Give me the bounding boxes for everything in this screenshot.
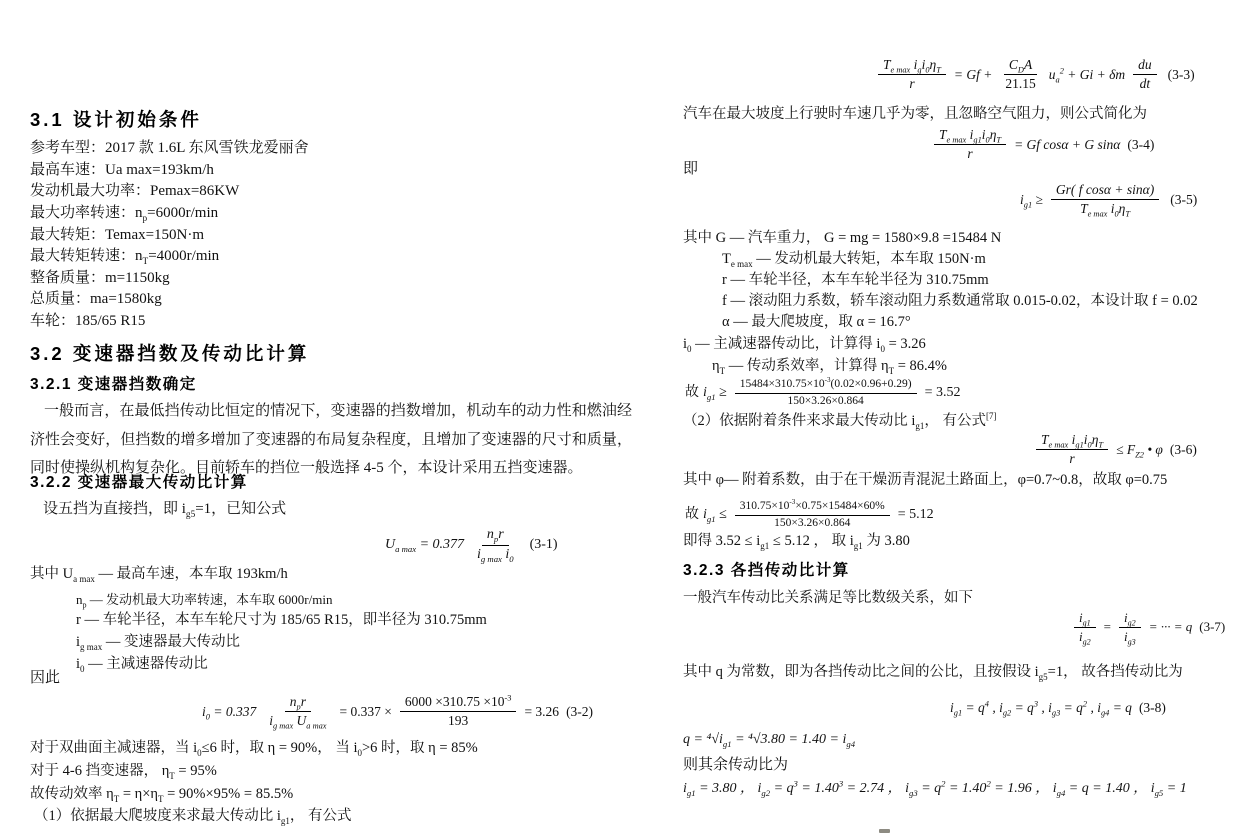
def-eta-right: ηT — 传动系效率，计算得 ηT = 86.4% <box>712 357 947 375</box>
param-curb-mass: 整备质量：m=1150kg <box>30 269 170 288</box>
formula-3-5: ig1 ≥ Gr( f cosα + sinα) Te max i0ηT (3-… <box>1018 182 1197 217</box>
def-temax: Te max — 发动机最大转矩，本车取 150N·m <box>722 250 986 268</box>
numerator: ig1 <box>1074 610 1096 628</box>
line-q-calc: q = ⁴√ig1 = ⁴√3.80 = 1.40 = ig4 <box>683 731 855 749</box>
equals: = <box>1104 619 1111 635</box>
param-vehicle-model: 参考车型：2017 款 1.6L 东风雪铁龙爱丽舍 <box>30 139 309 158</box>
formula-3-1: Ua max = 0.377 npr ig max i0 (3-1) <box>383 527 558 564</box>
param-max-power: 发动机最大功率：Pemax=86KW <box>30 182 239 201</box>
line-all-ratios: ig1 = 3.80 ， ig2 = q3 = 1.403 = 2.74 ， i… <box>683 780 1187 798</box>
line-rest: 则其余传动比为 <box>683 756 788 775</box>
def-i0-right: i0 — 主减速器传动比，计算得 i0 = 3.26 <box>683 335 926 353</box>
line-geometric: 一般汽车传动比关系满足等比数级关系，如下 <box>683 589 973 607</box>
calc-pre: 故 <box>685 507 699 524</box>
denominator: r <box>904 75 919 92</box>
heading-3-2-1: 3.2.1 变速器挡数确定 <box>30 372 197 394</box>
formula-3-1-lhs: Ua max = 0.377 <box>385 537 464 554</box>
formula-3-3: Te max igi0ηT r = Gf + CDA 21.15 ua2 + G… <box>872 57 1195 92</box>
line-eta-hypoid: 对于双曲面主减速器，当 i0≤6 时，取 η = 90%， 当 i0>6 时，取… <box>30 739 478 757</box>
equation-number: (3-2) <box>566 704 593 720</box>
line-range: 即得 3.52 ≤ ig1 ≤ 5.12 ， 取 ig1 为 3.80 <box>683 532 910 550</box>
fraction: ig2 ig3 <box>1117 610 1143 644</box>
fraction: ig1 ig2 <box>1072 610 1098 644</box>
formula-3-2-mid: = 0.337 × <box>340 704 392 720</box>
heading-3-2-2: 3.2.2 变速器最大传动比计算 <box>30 470 248 492</box>
numerator: npr <box>285 694 311 712</box>
def-i0: i0 — 主减速器传动比 <box>76 655 208 673</box>
fraction: 310.75×10-3×0.75×15484×60% 150×3.26×0.86… <box>733 500 892 531</box>
line-item-2-adhesion: （2）依据附着条件来求最大传动比 ig1， 有公式[7] <box>683 412 997 430</box>
formula-3-2-lhs: i0 = 0.337 <box>202 704 256 720</box>
param-max-torque: 最大转矩：Temax=150N·m <box>30 226 204 245</box>
numerator: Te max ig1i0ηT <box>934 127 1006 145</box>
formula-3-8-body: ig1 = q4 , ig2 = q3 , ig3 = q2 , ig4 = q <box>950 700 1132 716</box>
denominator: ig3 <box>1119 628 1141 645</box>
calc-pre: 故 <box>685 385 699 402</box>
fraction: npr ig max i0 <box>470 527 521 564</box>
equation-number: (3-4) <box>1127 137 1154 153</box>
heading-3-2-3: 3.2.3 各挡传动比计算 <box>683 558 850 580</box>
denominator: r <box>962 145 977 162</box>
denominator: dt <box>1135 75 1156 92</box>
fraction: CDA 21.15 <box>998 57 1042 92</box>
numerator: Te max ig1i0ηT <box>1036 432 1108 450</box>
param-gross-mass: 总质量：ma=1580kg <box>30 290 162 309</box>
denominator: Te max i0ηT <box>1075 200 1135 217</box>
denominator: 193 <box>443 712 473 729</box>
numerator: du <box>1133 57 1157 75</box>
cutoff-text-artifact <box>879 829 890 833</box>
fraction: 6000 ×310.75 ×10-3 193 <box>398 694 519 729</box>
formula-3-4: Te max ig1i0ηT r = Gf cosα + G sinα (3-4… <box>928 127 1154 162</box>
line-simplify: 汽车在最大坡度上行驶时车速几乎为零，且忽略空气阻力，则公式简化为 <box>683 105 1147 123</box>
denominator: ig max Ua max <box>264 712 331 729</box>
equation-number: (3-8) <box>1139 700 1166 716</box>
def-G: 其中 G — 汽车重力， G = mg = 1580×9.8 =15484 N <box>683 229 1001 247</box>
denominator: ig max i0 <box>472 546 519 564</box>
line-item-1-grade: （1）依据最大爬坡度来求最大传动比 ig1， 有公式 <box>34 807 352 825</box>
document-page: 3.1 设计初始条件 参考车型：2017 款 1.6L 东风雪铁龙爱丽舍 最高车… <box>0 0 1237 840</box>
equation-number: (3-5) <box>1170 192 1197 208</box>
line-thus: 因此 <box>30 669 60 688</box>
formula-3-6-rhs: ≤ FZ2 • φ <box>1116 442 1163 458</box>
numerator: ig2 <box>1119 610 1141 628</box>
formula-3-3-p2: ua2 + Gi + δm <box>1049 67 1125 83</box>
formula-3-6: Te max ig1i0ηT r ≤ FZ2 • φ (3-6) <box>1030 432 1197 467</box>
equation-number: (3-7) <box>1199 619 1225 635</box>
formula-3-7: ig1 ig2 = ig2 ig3 = ··· = q (3-7) <box>1068 610 1225 644</box>
calc-lhs: ig1 ≥ <box>703 385 727 402</box>
numerator: Te max igi0ηT <box>878 57 946 75</box>
numerator: CDA <box>1004 57 1037 75</box>
formula-3-7-rhs: = ··· = q <box>1149 619 1193 635</box>
calc-adhesion-ig1: 故 ig1 ≤ 310.75×10-3×0.75×15484×60% 150×3… <box>683 500 936 531</box>
fraction: Te max ig1i0ηT r <box>1034 432 1110 467</box>
heading-3-1: 3.1 设计初始条件 <box>30 106 202 132</box>
formula-3-5-lhs: ig1 ≥ <box>1020 192 1043 208</box>
def-r: r — 车轮半径，本车车轮尺寸为 185/65 R15，即半径为 310.75m… <box>76 611 487 629</box>
def-f: f — 滚动阻力系数，轿车滚动阻力系数通常取 0.015-0.02，本设计取 f… <box>722 292 1198 310</box>
numerator: Gr( f cosα + sinα) <box>1051 182 1159 200</box>
param-max-speed: 最高车速：Ua max=193km/h <box>30 161 214 180</box>
def-r-right: r — 车轮半径，本车车轮半径为 310.75mm <box>722 271 989 289</box>
calc-lhs: ig1 ≤ <box>703 507 727 524</box>
def-np: np — 发动机最大功率转速，本车取 6000r/min <box>76 592 332 608</box>
formula-3-2-result: = 3.26 <box>524 704 559 720</box>
line-eta-total: 故传动效率 ηT = η×ηT = 90%×95% = 85.5% <box>30 785 293 803</box>
def-alpha: α — 最大爬坡度，取 α = 16.7° <box>722 313 911 331</box>
param-wheel: 车轮：185/65 R15 <box>30 312 145 331</box>
denominator: 21.15 <box>1000 75 1040 92</box>
denominator: ig2 <box>1074 628 1096 645</box>
def-igmax: ig max — 变速器最大传动比 <box>76 633 240 651</box>
line-direct-gear: 设五挡为直接挡，即 ig5=1，已知公式 <box>43 500 286 519</box>
equation-number: (3-6) <box>1170 442 1197 458</box>
denominator: 150×3.26×0.864 <box>769 516 855 531</box>
line-ji: 即 <box>683 160 698 179</box>
formula-3-4-rhs: = Gf cosα + G sinα <box>1014 137 1120 153</box>
denominator: r <box>1064 450 1079 467</box>
numerator: npr <box>482 527 509 546</box>
fraction: npr ig max Ua max <box>262 694 333 729</box>
fraction: Gr( f cosα + sinα) Te max i0ηT <box>1049 182 1161 217</box>
calc-result: = 3.52 <box>925 385 961 402</box>
formula-3-2: i0 = 0.337 npr ig max Ua max = 0.337 × 6… <box>200 694 593 729</box>
calc-result: = 5.12 <box>898 507 934 524</box>
numerator: 15484×310.75×10-3(0.02×0.96+0.29) <box>735 378 917 394</box>
heading-3-2: 3.2 变速器挡数及传动比计算 <box>30 340 309 366</box>
formula-3-3-p1: = Gf + <box>954 67 992 83</box>
equation-number: (3-1) <box>530 537 558 554</box>
fraction: Te max ig1i0ηT r <box>932 127 1008 162</box>
equation-number: (3-3) <box>1168 67 1195 83</box>
line-phi: 其中 φ— 附着系数，由于在干燥沥青混泥土路面上，φ=0.7~0.8，故取 φ=… <box>683 471 1167 489</box>
param-max-torque-speed: 最大转矩转速：nT=4000r/min <box>30 247 219 266</box>
line-eta-gearbox: 对于 4-6 挡变速器， ηT = 95% <box>30 762 217 780</box>
fraction: 15484×310.75×10-3(0.02×0.96+0.29) 150×3.… <box>733 378 919 409</box>
def-uamax: 其中 Ua max — 最高车速，本车取 193km/h <box>30 565 288 583</box>
numerator: 310.75×10-3×0.75×15484×60% <box>735 500 890 516</box>
denominator: 150×3.26×0.864 <box>783 394 869 409</box>
numerator: 6000 ×310.75 ×10-3 <box>400 694 517 712</box>
fraction: du dt <box>1131 57 1159 92</box>
line-q-constant: 其中 q 为常数，即为各挡传动比之间的公比，且按假设 ig5=1， 故各挡传动比… <box>683 663 1183 681</box>
calc-grade-ig1: 故 ig1 ≥ 15484×310.75×10-3(0.02×0.96+0.29… <box>683 378 962 409</box>
fraction: Te max igi0ηT r <box>876 57 948 92</box>
param-max-power-speed: 最大功率转速：np=6000r/min <box>30 204 218 223</box>
formula-3-8: ig1 = q4 , ig2 = q3 , ig3 = q2 , ig4 = q… <box>948 700 1166 716</box>
